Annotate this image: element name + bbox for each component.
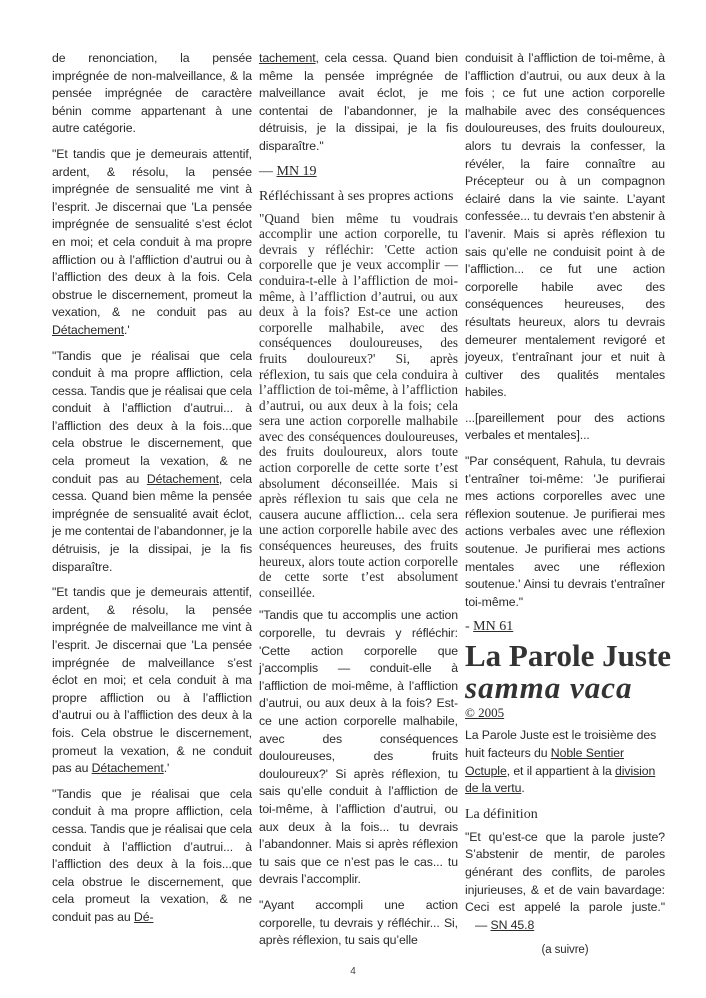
section-subtitle: samma vaca [465,673,665,703]
paragraph: "Quand bien même tu voudrais accomplir u… [259,211,458,601]
paragraph: tachement, cela cessa. Quand bien même l… [259,50,458,156]
link-copyright[interactable]: © 2005 [465,705,504,720]
paragraph: "Tandis que je réalisai que cela conduit… [52,786,252,927]
column-2: tachement, cela cessa. Quand bien même l… [259,50,458,958]
section-subheading: Réfléchissant à ses propres actions [259,188,458,205]
section-title: La Parole Juste [465,639,665,673]
paragraph: "Tandis que tu accomplis une action corp… [259,607,458,889]
paragraph: "Et qu’est-ce que la parole juste? S’abs… [465,829,665,935]
page-number: 4 [0,966,706,977]
paragraph: "Et tandis que je demeurais attentif, ar… [52,146,252,340]
column-1: de renonciation, la pensée imprégnée de … [52,50,252,935]
link-mn-19[interactable]: MN 19 [277,164,317,179]
continued-note: (a suivre) [465,942,665,960]
citation: - MN 61 [465,619,665,635]
copyright: © 2005 [465,705,665,721]
paragraph: de renonciation, la pensée imprégnée de … [52,50,252,138]
section-subheading: La définition [465,806,665,823]
link-detachement[interactable]: tachement [259,51,316,65]
link-sn-45-8[interactable]: SN 45.8 [490,918,534,932]
link-detachement[interactable]: Détachement [92,761,164,775]
link-detachement[interactable]: Dé- [134,910,154,924]
paragraph: ...[pareillement pour des actions verbal… [465,410,665,445]
link-mn-61[interactable]: MN 61 [473,619,513,634]
paragraph: conduisit à l’affliction de toi-même, à … [465,50,665,402]
paragraph: "Ayant accompli une action corporelle, t… [259,897,458,950]
paragraph: "Tandis que je réalisai que cela conduit… [52,348,252,577]
link-detachement[interactable]: Détachement [147,472,219,486]
paragraph: "Par conséquent, Rahula, tu devrais t’en… [465,453,665,611]
paragraph: "Et tandis que je demeurais attentif, ar… [52,584,252,778]
paragraph: La Parole Juste est le troisième des hui… [465,727,665,797]
column-3: conduisit à l’affliction de toi-même, à … [465,50,665,968]
link-detachement[interactable]: Détachement [52,323,124,337]
citation: — MN 19 [259,164,458,180]
